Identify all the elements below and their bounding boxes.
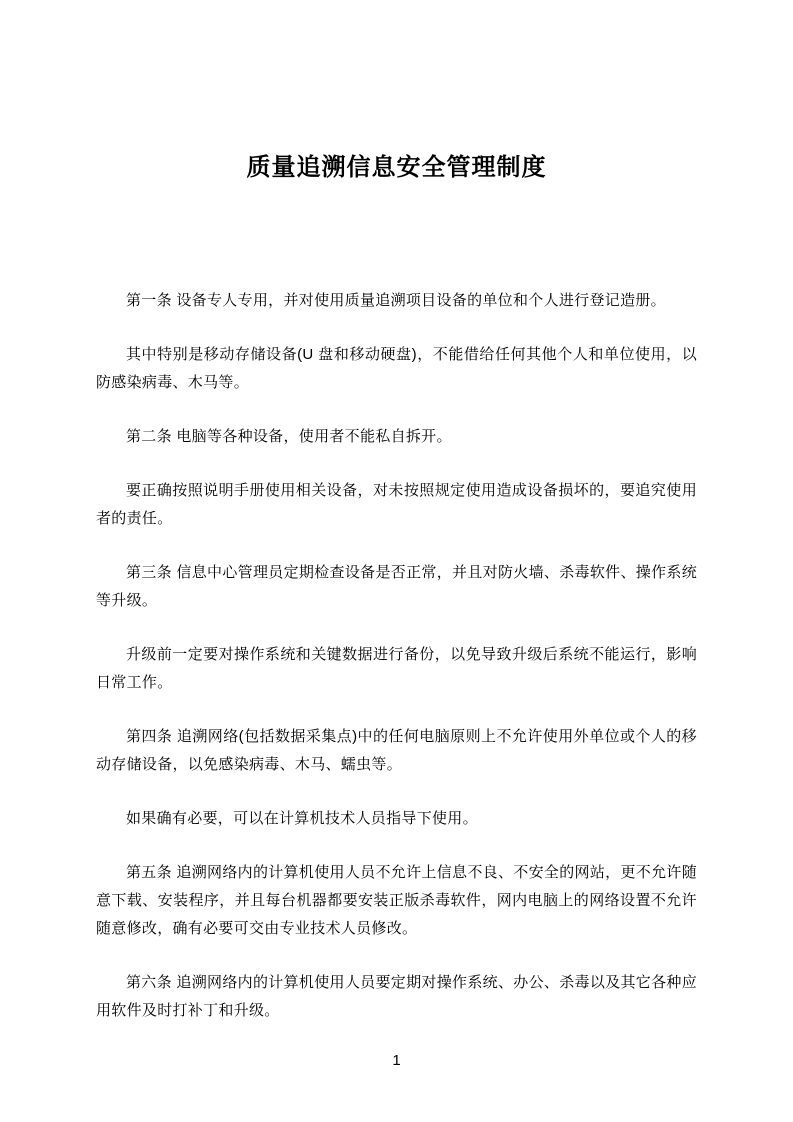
body-paragraph-article-3-detail: 升级前一定要对操作系统和关键数据进行备份，以免导致升级后系统不能运行，影响日常工… xyxy=(96,641,697,697)
body-paragraph-article-5: 第五条 追溯网络内的计算机使用人员不允许上信息不良、不安全的网站，更不允许随意下… xyxy=(96,859,697,943)
body-paragraph-article-4: 第四条 追溯网络(包括数据采集点)中的任何电脑原则上不允许使用外单位或个人的移动… xyxy=(96,723,697,779)
document-body: 第一条 设备专人专用，并对使用质量追溯项目设备的单位和个人进行登记造册。 其中特… xyxy=(96,287,697,1051)
document-title: 质量追溯信息安全管理制度 xyxy=(0,152,793,184)
body-paragraph-article-3: 第三条 信息中心管理员定期检查设备是否正常，并且对防火墙、杀毒软件、操作系统等升… xyxy=(96,559,697,615)
body-paragraph-article-1-detail: 其中特别是移动存储设备(U 盘和移动硬盘)，不能借给任何其他个人和单位使用，以防… xyxy=(96,341,697,397)
document-page: 质量追溯信息安全管理制度 第一条 设备专人专用，并对使用质量追溯项目设备的单位和… xyxy=(0,0,793,1122)
page-number: 1 xyxy=(0,1050,793,1072)
body-paragraph-article-4-detail: 如果确有必要，可以在计算机技术人员指导下使用。 xyxy=(96,805,697,833)
body-paragraph-article-6: 第六条 追溯网络内的计算机使用人员要定期对操作系统、办公、杀毒以及其它各种应用软… xyxy=(96,969,697,1025)
body-paragraph-article-1: 第一条 设备专人专用，并对使用质量追溯项目设备的单位和个人进行登记造册。 xyxy=(96,287,697,315)
body-paragraph-article-2: 第二条 电脑等各种设备，使用者不能私自拆开。 xyxy=(96,423,697,451)
body-paragraph-article-2-detail: 要正确按照说明手册使用相关设备，对未按照规定使用造成设备损坏的，要追究使用者的责… xyxy=(96,477,697,533)
